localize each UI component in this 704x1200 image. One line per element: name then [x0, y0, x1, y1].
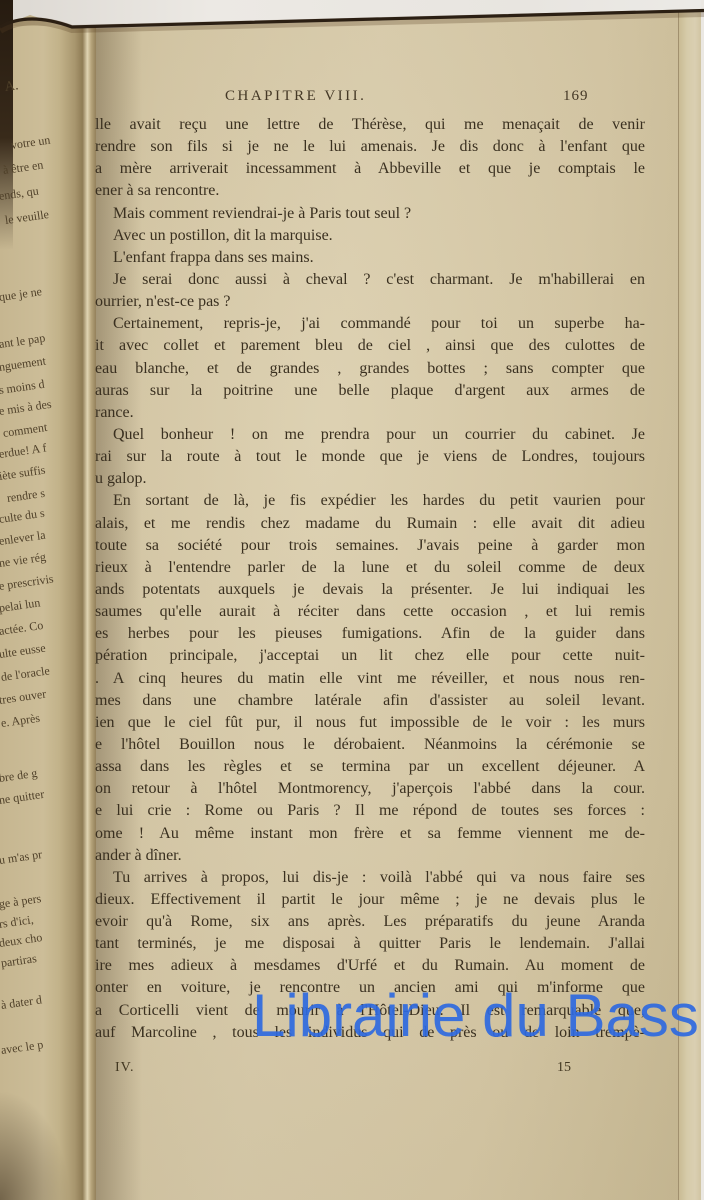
bookseller-watermark: Librairie du Bass	[252, 986, 699, 1046]
text-line: e lui crie : Rome ou Paris ? Il me répon…	[95, 800, 645, 822]
text-line: Certainement, repris-je, j'ai commandé p…	[95, 313, 645, 335]
margin-fragment: tres ouver	[0, 687, 47, 708]
text-line: rance.	[95, 402, 645, 424]
margin-fragment: votre un	[10, 133, 51, 153]
text-line: toute sa société pour trois semaines. J'…	[95, 535, 645, 557]
text-line: Je serai donc aussi à cheval ? c'est cha…	[95, 269, 645, 291]
text-line: Avec un postillon, dit la marquise.	[95, 225, 645, 247]
text-line: es herbes pour les pieuses fumigations. …	[95, 623, 645, 645]
margin-fragment: e mis à des	[0, 397, 52, 419]
text-line: rieux à l'entendre parler de la lune et …	[95, 557, 645, 579]
margin-fragment: ends, qu	[0, 184, 40, 204]
margin-fragment: à dater d	[0, 992, 43, 1013]
footer-page-ref: 15	[557, 1060, 571, 1076]
text-line: ire mes adieux à mesdames d'Urfé et du R…	[95, 955, 645, 977]
margin-fragment: à être en	[2, 157, 44, 178]
text-line: assa dans les règles et se termina par u…	[95, 756, 645, 778]
margin-fragment: partiras	[0, 951, 38, 971]
text-line: pération principale, j'acceptai un lit c…	[95, 645, 645, 667]
text-line: evoir qu'à Rome, six ans après. Les prép…	[95, 911, 645, 933]
text-line: ands potentats auxquels je devais la pré…	[95, 579, 645, 601]
text-line: it avec collet et parement bleu de ciel …	[95, 335, 645, 357]
margin-fragment: rs d'ici,	[0, 912, 34, 932]
text-line: on retour à l'hôtel Montmorency, j'aperç…	[95, 778, 645, 800]
margin-fragment: erdue! A f	[0, 440, 48, 462]
margin-fragment: A.	[4, 78, 20, 96]
margin-fragment: enlever la	[0, 528, 47, 549]
text-line: Quel bonheur ! on me prendra pour un cou…	[95, 424, 645, 446]
margin-fragment: iète suffis	[0, 463, 46, 484]
margin-fragments: A.votre unà être enends, qule veuilleque…	[0, 0, 100, 1200]
margin-fragment: deux cho	[0, 930, 43, 951]
margin-fragment: actée. Co	[0, 618, 44, 639]
margin-fragment: bre de g	[0, 766, 38, 786]
margin-fragment: nguement	[0, 354, 47, 375]
text-line: Tu arrives à propos, lui dis-je : voilà …	[95, 867, 645, 889]
page-number: 169	[563, 88, 589, 105]
text-line: L'enfant frappa dans ses mains.	[95, 247, 645, 269]
margin-fragment: u m'as pr	[0, 847, 43, 868]
text-line: dieux. Effectivement il partit le jour m…	[95, 889, 645, 911]
text-line: ome ! Au même instant mon frère et sa fe…	[95, 823, 645, 845]
margin-fragment: e prescrivis	[0, 571, 54, 594]
page-header: CHAPITRE VIII. 169	[95, 88, 645, 110]
text-line: rai sur la route à tout le monde que je …	[95, 446, 645, 468]
footer-signature: IV.	[115, 1060, 134, 1076]
text-line: saumes qu'elle aurait à réciter dans cet…	[95, 601, 645, 623]
text-line: u galop.	[95, 468, 645, 490]
text-line: mes dans une chambre latérale afin d'ass…	[95, 690, 645, 712]
page-top-edge	[0, 0, 704, 40]
margin-fragment: comment	[2, 420, 48, 441]
margin-fragment: e. Après	[0, 711, 41, 731]
margin-fragment: rendre s	[6, 486, 46, 506]
margin-fragment: que je ne	[0, 284, 43, 305]
text-line: En sortant de là, je fis expédier les ha…	[95, 490, 645, 512]
text-line: ener à sa rencontre.	[95, 180, 645, 202]
margin-fragment: pelai lun	[0, 595, 41, 616]
text-line: a mère arriverait incessamment à Abbevil…	[95, 158, 645, 180]
margin-fragment: ge à pers	[0, 891, 42, 912]
text-line: eau blanche, et de grandes , grandes bot…	[95, 358, 645, 380]
text-line: ander à dîner.	[95, 845, 645, 867]
text-line: rendre son fils si je ne le lui amenais.…	[95, 136, 645, 158]
margin-fragment: de l'oracle	[0, 663, 51, 685]
text-line: ourrier, n'est-ce pas ?	[95, 291, 645, 313]
body-text: lle avait reçu une lettre de Thérèse, qu…	[95, 114, 645, 1044]
text-line: ien que le ciel fût pur, il nous fut imp…	[95, 712, 645, 734]
margin-fragment: avec le p	[0, 1037, 44, 1058]
margin-fragment: ne quitter	[0, 787, 45, 808]
text-line: Mais comment reviendrai-je à Paris tout …	[95, 203, 645, 225]
chapter-title: CHAPITRE VIII.	[225, 88, 366, 105]
margin-fragment: s moins d	[0, 377, 46, 398]
text-line: alais, et me rendis chez madame du Rumai…	[95, 513, 645, 535]
text-line: e l'hôtel Bouillon nous le dérobaient. N…	[95, 734, 645, 756]
margin-fragment: culte du s	[0, 506, 46, 527]
margin-fragment: ulte eusse	[0, 641, 47, 662]
text-line: auras sur la poitrine une belle plaque d…	[95, 380, 645, 402]
margin-fragment: le veuille	[4, 207, 50, 228]
margin-fragment: ne vie rég	[0, 550, 47, 571]
text-line: tant terminés, je me disposai à quitter …	[95, 933, 645, 955]
margin-fragment: ant le pap	[0, 331, 46, 352]
text-line: . A cinq heures du matin elle vint me ré…	[95, 668, 645, 690]
text-line: lle avait reçu une lettre de Thérèse, qu…	[95, 114, 645, 136]
book-page-photo: A.votre unà être enends, qule veuilleque…	[0, 0, 704, 1200]
